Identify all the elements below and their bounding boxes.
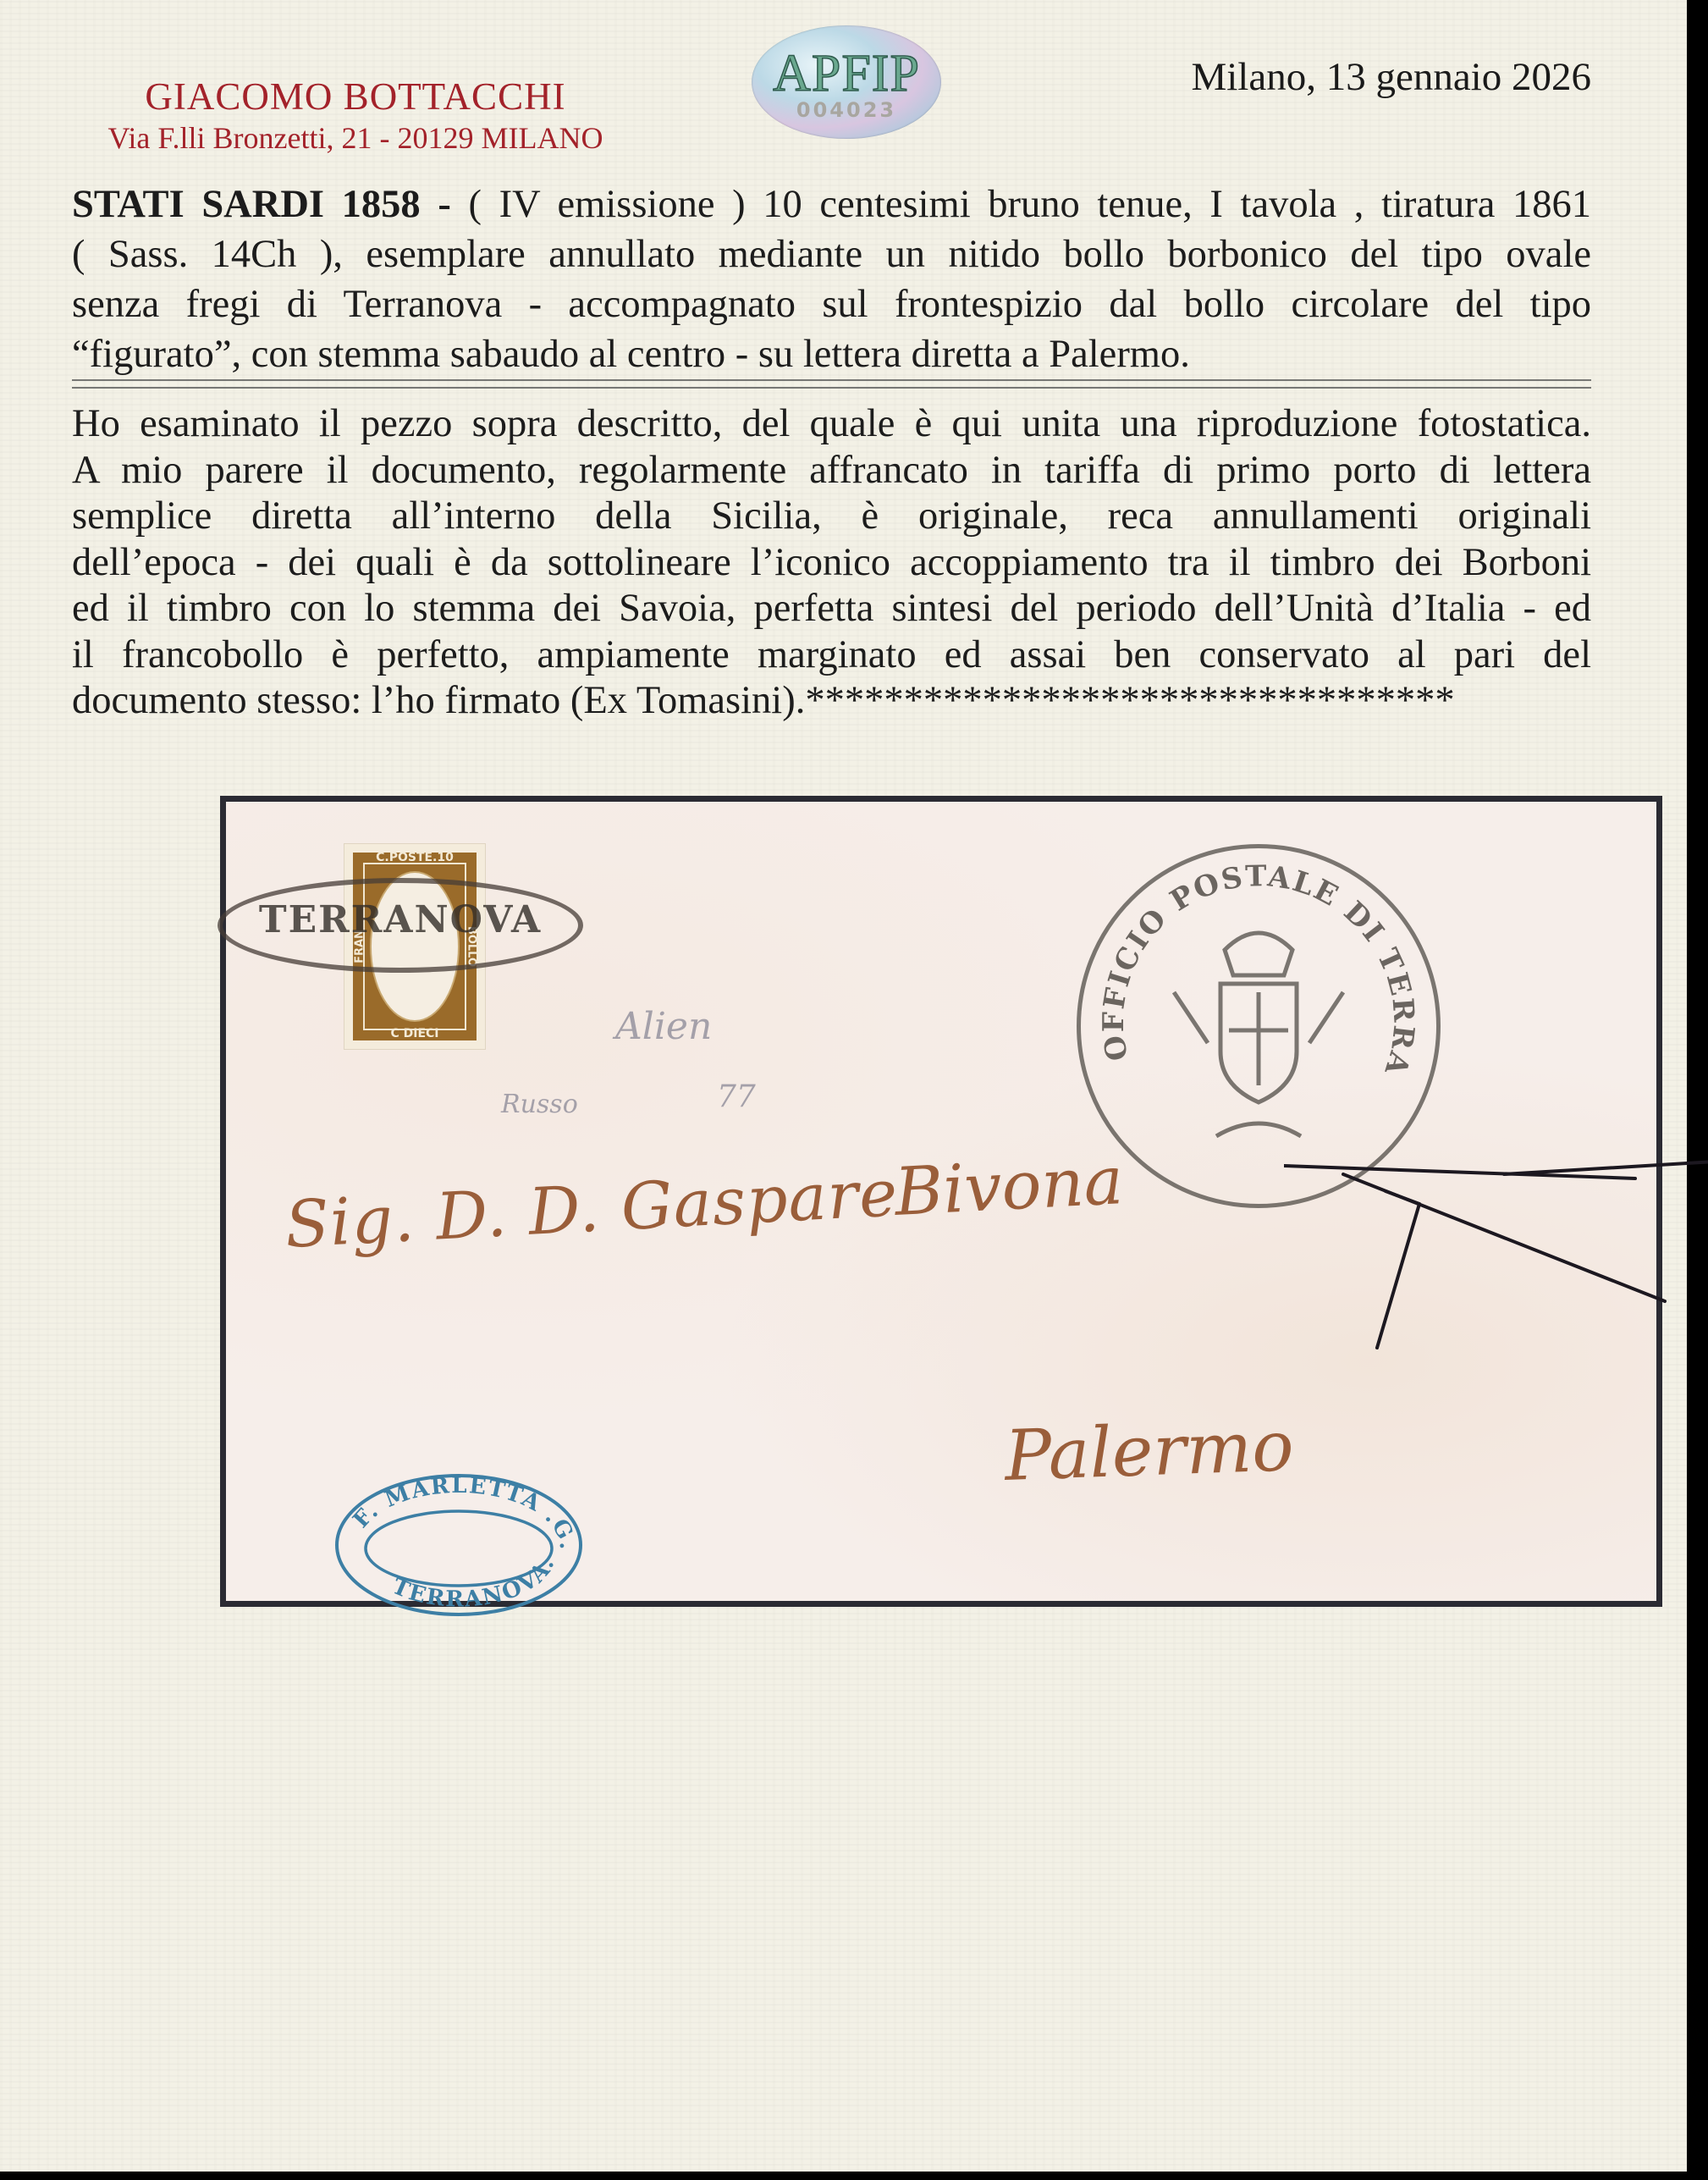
stamp-bottom-text: C DIECI xyxy=(353,1027,477,1040)
pencil-note: 77 xyxy=(717,1079,756,1114)
description-line: ( IV emissione ) 10 centesimi bruno tenu… xyxy=(451,183,1591,226)
certificate-page: GIACOMO BOTTACCHI Via F.lli Bronzetti, 2… xyxy=(0,0,1687,2172)
certificate-opinion: Ho esaminato il pezzo sopra descritto, d… xyxy=(72,401,1591,725)
double-rule-divider xyxy=(72,379,1591,389)
pencil-note: Alien xyxy=(615,1005,712,1048)
opinion-line: Ho esaminato il pezzo sopra descritto, d… xyxy=(72,401,1591,448)
oval-postmark-text: TERRANOVA xyxy=(223,898,578,941)
circular-postmark-text: OFFICIO POSTALE DI TERRANOVA xyxy=(1081,848,1421,1080)
ink-rate-marking-icon xyxy=(1284,1157,1708,1377)
opinion-line: documento stesso: l’ho firmato (Ex Tomas… xyxy=(72,678,1591,725)
svg-text:TERRANOVA.: TERRANOVA. xyxy=(388,1554,560,1613)
pencil-note: Russo xyxy=(501,1090,578,1119)
opinion-line: dell’epoca - dei quali è da sottolineare… xyxy=(72,540,1591,587)
opinion-line: il francobollo è perfetto, ampiamente ma… xyxy=(72,632,1591,679)
destination-city: Palermo xyxy=(1003,1406,1295,1497)
hologram-label: APFIP xyxy=(752,44,941,104)
apfip-hologram-seal: APFIP 004023 xyxy=(752,25,941,139)
savoy-coat-of-arms-icon: OFFICIO POSTALE DI TERRANOVA xyxy=(1081,848,1436,1204)
issuer-address: Via F.lli Bronzetti, 21 - 20129 MILANO xyxy=(34,120,677,156)
circular-postmark: OFFICIO POSTALE DI TERRANOVA xyxy=(1077,844,1441,1208)
certificate-date: Milano, 13 gennaio 2026 xyxy=(1066,54,1591,100)
stamp-top-text: C.POSTE.10 xyxy=(353,851,477,864)
description-line: “figurato”, con stemma sabaudo al centro… xyxy=(72,329,1591,379)
opinion-line: semplice diretta all’interno della Sicil… xyxy=(72,494,1591,540)
addressee-surname: Bivona xyxy=(893,1143,1125,1231)
blue-sender-handstamp: F. MARLETTA .G. TERRANOVA. xyxy=(332,1471,586,1620)
item-description: STATI SARDI 1858 - ( IV emissione ) 10 c… xyxy=(72,179,1591,379)
issuer-name: GIACOMO BOTTACCHI xyxy=(34,75,677,119)
oval-postmark: TERRANOVA xyxy=(218,878,583,973)
description-lead: STATI SARDI 1858 - xyxy=(72,183,451,226)
description-line: senza fregi di Terranova - accompagnato … xyxy=(72,279,1591,329)
hologram-serial: 004023 xyxy=(752,98,941,122)
description-line: ( Sass. 14Ch ), esemplare annullato medi… xyxy=(72,229,1591,279)
opinion-line: A mio parere il documento, regolarmente … xyxy=(72,448,1591,494)
addressee-name: Sig. D. D. Gaspare xyxy=(284,1155,900,1262)
envelope-photo: C.POSTE.10 FRAN BOLLO C DIECI TERRANOVA … xyxy=(220,796,1662,1607)
blue-handstamp-bottom-text: TERRANOVA. xyxy=(388,1554,560,1613)
svg-text:OFFICIO POSTALE DI TERRANOVA: OFFICIO POSTALE DI TERRANOVA xyxy=(1081,848,1421,1080)
opinion-line: ed il timbro con lo stemma dei Savoia, p… xyxy=(72,586,1591,632)
